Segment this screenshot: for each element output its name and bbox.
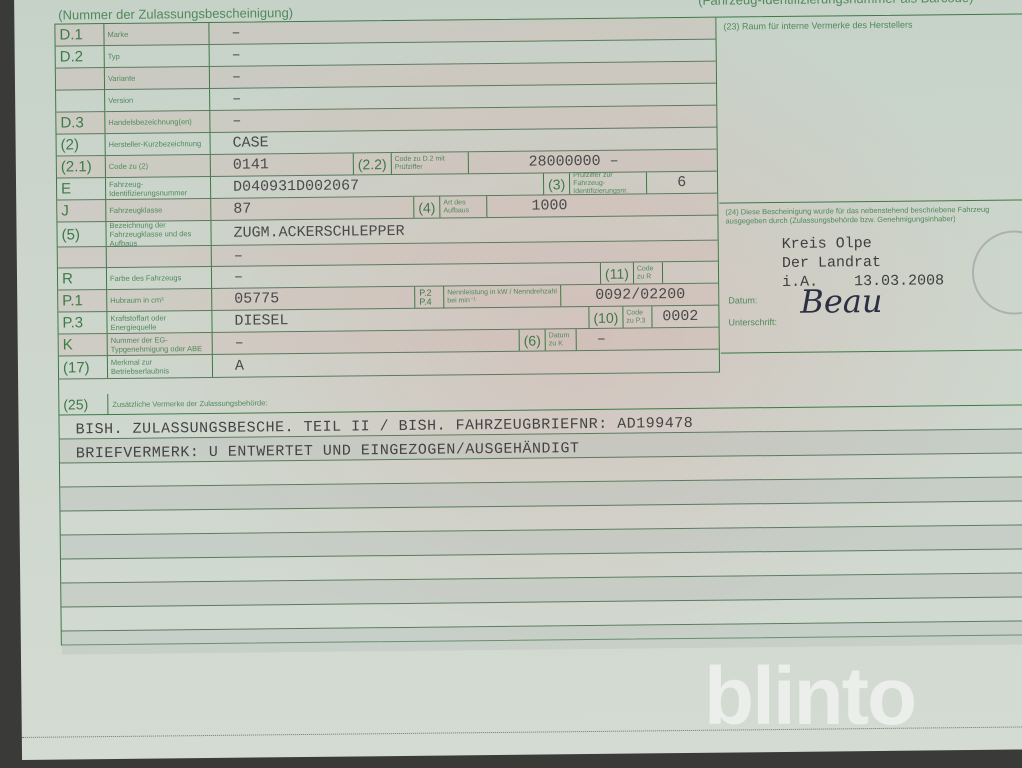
field-code [56,68,105,90]
field-code: (2.1) [57,156,106,178]
field-code: D.1 [55,24,104,46]
manufacturer-notes-box: (23) Raum für interne Vermerke des Herst… [717,14,1022,203]
field-p2-p4: P.2 P.4 Nennleistung in kW / Nenndrehzah… [414,284,695,308]
right-panel: (23) Raum für interne Vermerke des Herst… [717,14,1022,353]
field-value: 0141 [211,153,353,175]
field-code: P.3 [58,312,107,334]
field-label: Marke [104,23,209,45]
field-label: Handelsbezeichnung(en) [105,111,210,133]
field-code: (25) [59,394,108,415]
field-value: – [212,263,600,288]
field-value: 28000000 – [469,153,629,172]
field-label: Code zu R [634,262,663,283]
field-11: (11) Code zu R [600,262,683,284]
field-code: D.3 [56,112,105,134]
field-code: (2) [57,134,106,156]
field-value: 1000 [487,197,577,215]
field-label: Bezeichnung der Fahrzeugklasse und des A… [106,221,211,246]
field-value: 0092/02200 [561,286,695,304]
field-code: (11) [601,263,634,284]
field-label: Variante [105,67,210,89]
field-label: Fahrzeug-Identifizierungsnummer [106,177,211,199]
field-value: – [213,330,519,354]
field-value: 05775 [212,287,414,310]
signature: Beau [800,282,883,321]
vin-barcode-label: (Fahrzeug-Identifizierungsnummer als Bar… [698,0,973,8]
field-value: DIESEL [212,307,588,332]
field-label: Merkmal zur Betriebserlaubnis [108,355,213,378]
field-label [107,246,212,267]
field-label: Farbe des Fahrzeugs [107,267,212,289]
field-label: Art des Aufbaus [440,196,487,217]
field-code [58,247,107,268]
field-label: Kraftstoffart oder Energiequelle [107,311,212,333]
field-code: (17) [59,356,108,379]
certificate-number-label: (Nummer der Zulassungsbescheinigung) [58,5,293,22]
field-code: P.1 [58,290,107,312]
field-value: 87 [211,197,413,220]
additional-remarks: (25) Zusätzliche Vermerke der Zulassungs… [59,384,1022,654]
field-code: R [58,268,107,290]
field-code: (10) [589,307,623,328]
field-code: (5) [57,222,106,247]
field-label: Code zu D.2 mit Prüfziffer [392,152,469,174]
field-label: Nennleistung in kW / Nenndrehzahl bei mi… [444,285,561,307]
signature-label: Unterschrift: [728,317,777,328]
date-label: Datum: [728,295,757,305]
registration-document: (Nummer der Zulassungsbescheinigung) (Fa… [14,0,1022,760]
field-label: Fahrzeugklasse [106,199,211,221]
field-code: (2.2) [354,153,392,174]
field-code: J [57,200,106,222]
field-6: (6) Datum zu K – [519,329,616,351]
document-frame: D.1 Marke – D.2 Typ – Variante – Version… [54,13,1022,645]
field-code: (6) [520,329,546,350]
field-label: Nummer der EG-Typgenehmigung oder ABE [108,333,213,355]
field-10: (10) Code zu P.3 0002 [588,306,708,328]
field-label: Typ [105,45,210,67]
vehicle-data-grid: D.1 Marke – D.2 Typ – Variante – Version… [55,18,720,380]
field-code: E [57,178,106,200]
field-code: P.2 P.4 [415,287,444,308]
field-value: A [213,350,719,377]
field-label: Zusätzliche Vermerke der Zulassungsbehör… [108,392,267,414]
vin-value: D040931D002067 [211,173,543,197]
field-value: – [577,331,616,348]
remarks-lines: BISH. ZULASSUNGSBESCHE. TEIL II / BISH. … [59,405,1022,654]
field-label: Datum zu K [546,329,577,350]
issuing-authority-box: (24) Diese Bescheinigung wurde für das n… [719,200,1022,353]
issuing-authority-intro: (24) Diese Bescheinigung wurde für das n… [725,204,1019,225]
field-code: D.2 [56,46,105,68]
field-4: (4) Art des Aufbaus 1000 [413,195,577,218]
field-label: Hersteller-Kurzbezeichnung [106,133,211,155]
field-label: Code zu P.3 [623,306,652,327]
blinto-watermark-logo: blinto [704,650,915,744]
field-3: (3) Prüfziffer zur Fahrzeug-Identifizier… [543,172,696,195]
field-label: Hubraum in cm³ [107,289,212,311]
field-value: 6 [647,174,696,192]
field-code [56,90,105,112]
field-code: K [59,334,108,356]
field-code: (4) [414,197,440,218]
field-label: Prüfziffer zur Fahrzeug-Identifizierungs… [570,172,647,194]
field-label: Code zu (2) [106,155,211,177]
field-code: (3) [544,173,570,194]
field-label: Version [105,89,210,111]
field-value: 0002 [652,308,708,326]
